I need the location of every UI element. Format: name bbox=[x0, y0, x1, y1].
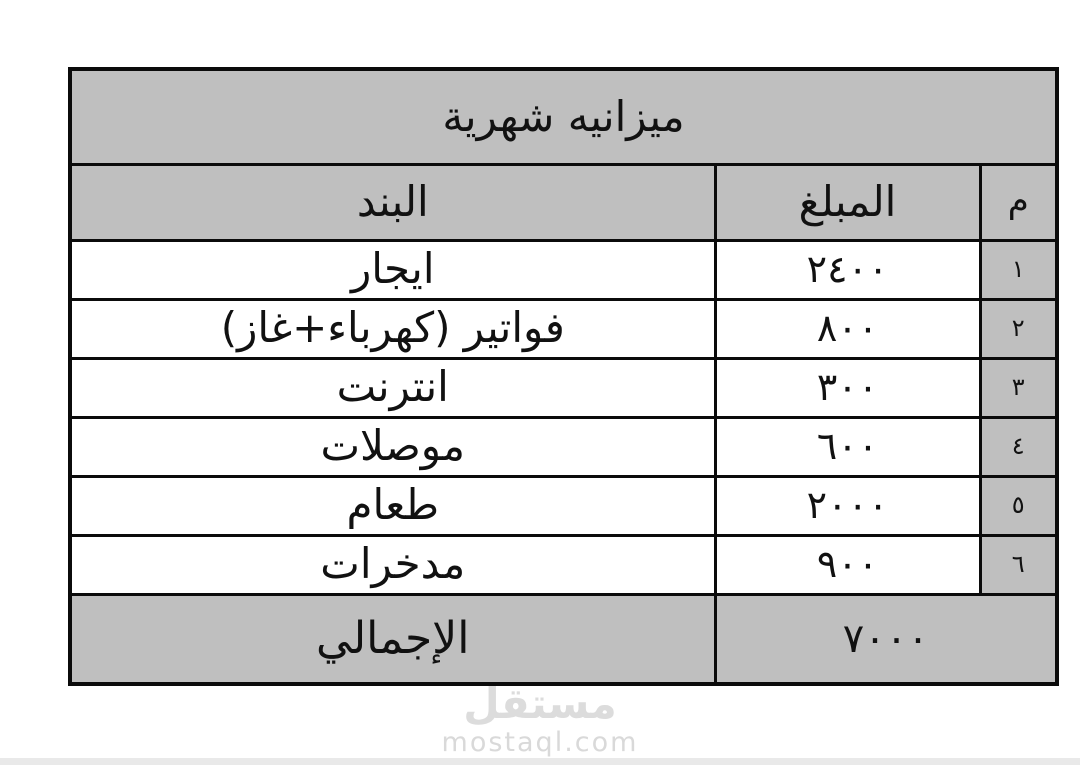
row-item: موصلات bbox=[70, 417, 715, 476]
column-header-item: البند bbox=[70, 164, 715, 240]
row-amount: ٩٠٠ bbox=[715, 535, 980, 594]
total-label: الإجمالي bbox=[70, 594, 715, 684]
column-header-amount: المبلغ bbox=[715, 164, 980, 240]
page-bottom-edge bbox=[0, 758, 1080, 765]
monthly-budget-table: ميزانيه شهرية م المبلغ البند ١ ٢٤٠٠ ايجا… bbox=[68, 67, 1059, 686]
document-page: ميزانيه شهرية م المبلغ البند ١ ٢٤٠٠ ايجا… bbox=[0, 0, 1080, 765]
column-header-index: م bbox=[980, 164, 1057, 240]
row-item: انترنت bbox=[70, 358, 715, 417]
table-total-row: ٧٠٠٠ الإجمالي bbox=[70, 594, 1057, 684]
row-index: ٤ bbox=[980, 417, 1057, 476]
table-row: ٥ ٢٠٠٠ طعام bbox=[70, 476, 1057, 535]
row-item: مدخرات bbox=[70, 535, 715, 594]
table-row: ٤ ٦٠٠ موصلات bbox=[70, 417, 1057, 476]
row-item: طعام bbox=[70, 476, 715, 535]
row-item: ايجار bbox=[70, 240, 715, 299]
table-row: ٦ ٩٠٠ مدخرات bbox=[70, 535, 1057, 594]
row-index: ٦ bbox=[980, 535, 1057, 594]
row-amount: ٣٠٠ bbox=[715, 358, 980, 417]
row-item: فواتير (كهرباء+غاز) bbox=[70, 299, 715, 358]
row-index: ٢ bbox=[980, 299, 1057, 358]
table-title: ميزانيه شهرية bbox=[70, 69, 1057, 164]
row-index: ١ bbox=[980, 240, 1057, 299]
row-amount: ٨٠٠ bbox=[715, 299, 980, 358]
table-header-row: م المبلغ البند bbox=[70, 164, 1057, 240]
table-title-row: ميزانيه شهرية bbox=[70, 69, 1057, 164]
row-amount: ٢٠٠٠ bbox=[715, 476, 980, 535]
row-index: ٣ bbox=[980, 358, 1057, 417]
watermark-domain-text: mostaql.com bbox=[0, 727, 1080, 758]
watermark-logo-text: مستقل bbox=[0, 683, 1080, 725]
watermark: مستقل mostaql.com bbox=[0, 683, 1080, 758]
row-amount: ٦٠٠ bbox=[715, 417, 980, 476]
table-row: ٣ ٣٠٠ انترنت bbox=[70, 358, 1057, 417]
table-row: ٢ ٨٠٠ فواتير (كهرباء+غاز) bbox=[70, 299, 1057, 358]
table-row: ١ ٢٤٠٠ ايجار bbox=[70, 240, 1057, 299]
row-index: ٥ bbox=[980, 476, 1057, 535]
total-amount: ٧٠٠٠ bbox=[715, 594, 1057, 684]
row-amount: ٢٤٠٠ bbox=[715, 240, 980, 299]
